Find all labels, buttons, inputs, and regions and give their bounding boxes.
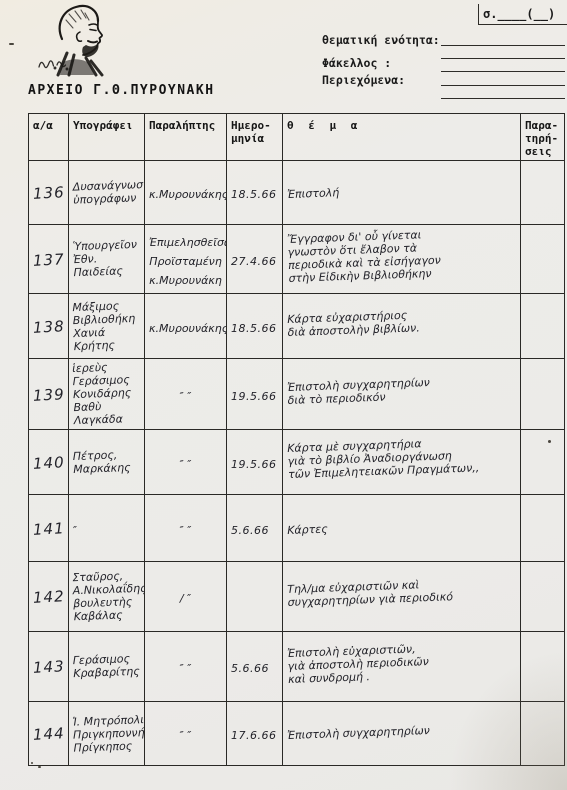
ruled-blank-line <box>441 85 565 86</box>
signer-cell: ″ <box>69 495 145 562</box>
table-row: 142 Σταῦρος, Α.Νικολαΐδης βουλευτὴς Καβά… <box>29 562 565 632</box>
date-cell: 19.5.66 <box>227 430 283 495</box>
row-number-cell: 143 <box>29 632 69 702</box>
signer-cell: ἱερεὺς Γεράσιμος Κονιδάρης Βαθὺ Λαγκάδα <box>69 359 145 430</box>
scan-speck <box>38 766 41 768</box>
archive-title: ΑΡΧΕΙΟ Γ.Θ.ΠΥΡΟΥΝΑΚΗ <box>28 83 215 98</box>
table-row: 141 ″ ″ ″ 5.6.66 Κάρτες <box>29 495 565 562</box>
page-number-field: σ.____(__) <box>478 4 567 25</box>
signer-cell: Γεράσιμος Κραβαρίτης <box>69 632 145 702</box>
signer-cell: Ἱ. Μητρόπολις Πριγκηποννήσων Πρίγκηπος <box>69 702 145 766</box>
portrait-ink-sketch-icon <box>36 1 120 83</box>
remarks-cell <box>521 294 565 359</box>
recipient-cell: κ.Μυρουνάκης <box>145 294 227 359</box>
ruled-blank-line <box>441 58 565 59</box>
scan-corner-shadow <box>447 650 567 790</box>
table-row: 138 Μάξιμος Βιβλιοθήκη Χανιά Κρήτης κ.Μυ… <box>29 294 565 359</box>
scanned-archive-index-page: ΑΡΧΕΙΟ Γ.Θ.ΠΥΡΟΥΝΑΚΗ σ.____(__) θεματική… <box>0 0 567 790</box>
theme-cell: Κάρτα μὲ συγχαρητήρια γιὰ τὸ βιβλίο Ἀναδ… <box>283 430 521 495</box>
date-cell: 5.6.66 <box>227 495 283 562</box>
date-cell: 17.6.66 <box>227 702 283 766</box>
ruled-blank-line <box>441 98 565 99</box>
col-header-date: Ημερο- μηνία <box>227 114 283 161</box>
col-header-remarks: Παρα- τηρή- σεις <box>521 114 565 161</box>
remarks-cell <box>521 562 565 632</box>
contents-label: Περιεχόμενα: <box>322 73 405 87</box>
recipient-cell: ″ ″ <box>145 359 227 430</box>
recipient-cell: ″ ″ <box>145 430 227 495</box>
col-header-num: α/α <box>29 114 69 161</box>
signer-cell: Ὑπουργεῖον Ἐθν. Παιδείας <box>69 225 145 294</box>
scan-speck <box>31 762 33 764</box>
remarks-cell <box>521 359 565 430</box>
row-number-cell: 142 <box>29 562 69 632</box>
date-cell: 18.5.66 <box>227 294 283 359</box>
scan-speck <box>548 440 551 443</box>
col-header-signer: Υπογράφει <box>69 114 145 161</box>
signer-cell: Μάξιμος Βιβλιοθήκη Χανιά Κρήτης <box>69 294 145 359</box>
table-row: 140 Πέτρος, Μαρκάκης ″ ″ 19.5.66 Κάρτα μ… <box>29 430 565 495</box>
row-number-cell: 141 <box>29 495 69 562</box>
header-row: α/α Υπογράφει Παραλήπτης Ημερο- μηνία θ … <box>29 114 565 161</box>
recipient-cell: ″ ″ <box>145 632 227 702</box>
ruled-blank-line <box>441 45 565 46</box>
recipient-cell: ″ ″ <box>145 702 227 766</box>
row-number-cell: 139 <box>29 359 69 430</box>
theme-cell: Κάρτα εὐχαριστήριος διὰ ἀποστολὴν βιβλίω… <box>283 294 521 359</box>
ruled-blank-line <box>441 71 565 72</box>
col-header-theme: θ έ μ α <box>283 114 521 161</box>
remarks-cell <box>521 430 565 495</box>
table-row: 137 Ὑπουργεῖον Ἐθν. Παιδείας Ἐπιμελησθεῖ… <box>29 225 565 294</box>
scan-speck <box>9 43 14 45</box>
theme-cell: Ἔγγραφον δι' οὗ γίνεται γνωστὸν ὅτι ἔλαβ… <box>283 225 521 294</box>
table-row: 136 Δυσανάγνωστος ὑπογράφων κ.Μυρουνάκης… <box>29 161 565 225</box>
remarks-cell <box>521 495 565 562</box>
signer-cell: Πέτρος, Μαρκάκης <box>69 430 145 495</box>
date-cell <box>227 562 283 632</box>
row-number-cell: 144 <box>29 702 69 766</box>
signer-cell: Δυσανάγνωστος ὑπογράφων <box>69 161 145 225</box>
remarks-cell <box>521 161 565 225</box>
theme-cell: Κάρτες <box>283 495 521 562</box>
col-header-recipient: Παραλήπτης <box>145 114 227 161</box>
row-number-cell: 136 <box>29 161 69 225</box>
row-number-cell: 140 <box>29 430 69 495</box>
folder-label: Φάκελλος : <box>322 56 391 70</box>
recipient-cell: κ.Μυρουνάκης <box>145 161 227 225</box>
row-number-cell: 137 <box>29 225 69 294</box>
recipient-cell: / ″ <box>145 562 227 632</box>
date-cell: 27.4.66 <box>227 225 283 294</box>
table-row: 139 ἱερεὺς Γεράσιμος Κονιδάρης Βαθὺ Λαγκ… <box>29 359 565 430</box>
recipient-cell: ″ ″ <box>145 495 227 562</box>
remarks-cell <box>521 225 565 294</box>
date-cell: 19.5.66 <box>227 359 283 430</box>
signer-cell: Σταῦρος, Α.Νικολαΐδης βουλευτὴς Καβάλας <box>69 562 145 632</box>
theme-cell: Ἐπιστολή <box>283 161 521 225</box>
recipient-cell: Ἐπιμελησθεῖσα Προϊσταμένη κ.Μυρουνάκη <box>145 225 227 294</box>
date-cell: 5.6.66 <box>227 632 283 702</box>
theme-cell: Τηλ/μα εὐχαριστιῶν καὶ συγχαρητηρίων γιὰ… <box>283 562 521 632</box>
thematic-unit-label: θεματική ενότητα: <box>322 33 440 47</box>
row-number-cell: 138 <box>29 294 69 359</box>
date-cell: 18.5.66 <box>227 161 283 225</box>
theme-cell: Ἐπιστολὴ συγχαρητηρίων διὰ τὸ περιοδικόν <box>283 359 521 430</box>
